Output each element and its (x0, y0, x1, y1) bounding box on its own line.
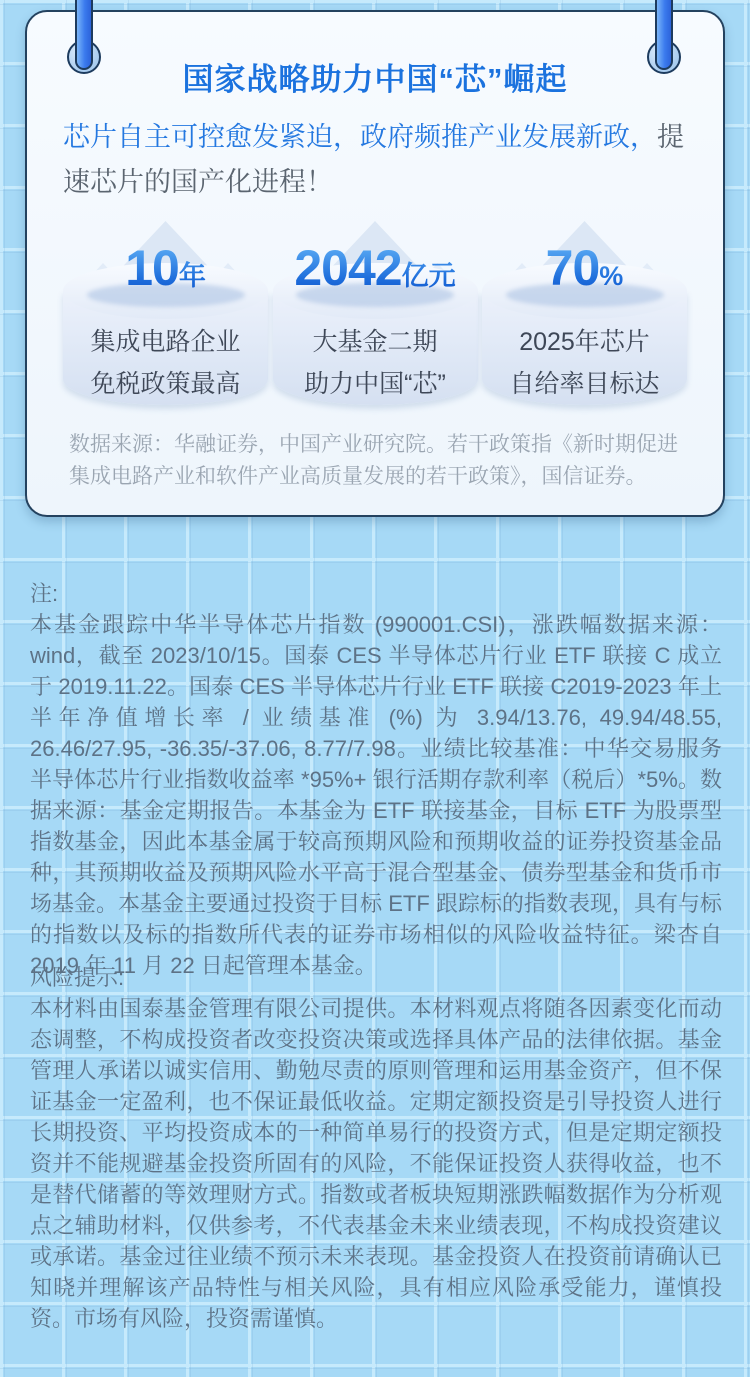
risk-label: 风险提示: (30, 962, 722, 993)
notes-section: 注: 本基金跟踪中华半导体芯片指数 (990001.CSI)，涨跌幅数据来源：w… (30, 578, 722, 981)
notes-label: 注: (30, 578, 722, 609)
pin-bar (75, 0, 93, 70)
page-background: 国家战略助力中国“芯”崛起 芯片自主可控愈发紧迫，政府频推产业发展新政，提速芯片… (0, 0, 750, 1377)
stat-value: 70% (482, 243, 687, 293)
stat-unit: 亿元 (402, 261, 456, 291)
stat-desc-line: 助力中国“芯” (273, 363, 478, 405)
stat-desc: 集成电路企业 免税政策最高 (63, 321, 268, 405)
stat-desc-line: 免税政策最高 (63, 363, 268, 405)
stat-value: 2042亿元 (273, 243, 478, 293)
risk-section: 风险提示: 本材料由国泰基金管理有限公司提供。本材料观点将随各因素变化而动态调整… (30, 962, 722, 1334)
stat-item-tax-policy: 10年 集成电路企业 免税政策最高 (63, 221, 268, 413)
stat-desc-line: 自给率目标达 (482, 363, 687, 405)
stat-desc: 大基金二期 助力中国“芯” (273, 321, 478, 405)
stat-desc: 2025年芯片 自给率目标达 (482, 321, 687, 405)
hero-card: 国家战略助力中国“芯”崛起 芯片自主可控愈发紧迫，政府频推产业发展新政，提速芯片… (25, 10, 725, 517)
data-source-note: 数据来源：华融证券，中国产业研究院。若干政策指《新时期促进集成电路产业和软件产业… (69, 429, 683, 493)
card-title: 国家战略助力中国“芯”崛起 (27, 54, 723, 99)
stat-value: 10年 (63, 243, 268, 293)
stat-unit: 年 (179, 261, 206, 291)
notes-body: 本基金跟踪中华半导体芯片指数 (990001.CSI)，涨跌幅数据来源：wind… (30, 609, 722, 981)
stat-desc-line: 集成电路企业 (63, 321, 268, 363)
stats-row: 10年 集成电路企业 免税政策最高 2042亿元 大基金二期 助 (63, 221, 687, 413)
card-subtitle: 芯片自主可控愈发紧迫，政府频推产业发展新政，提速芯片的国产化进程！ (63, 115, 695, 205)
stat-unit: % (599, 261, 623, 291)
stat-item-self-sufficiency: 70% 2025年芯片 自给率目标达 (482, 221, 687, 413)
stat-desc-line: 2025年芯片 (482, 321, 687, 363)
push-pin-icon (642, 0, 686, 86)
risk-body: 本材料由国泰基金管理有限公司提供。本材料观点将随各因素变化而动态调整，不构成投资… (30, 993, 722, 1334)
stat-item-big-fund: 2042亿元 大基金二期 助力中国“芯” (273, 221, 478, 413)
subtitle-highlight: 芯片自主可控愈发紧迫，政府频推产业发展新政， (63, 122, 657, 152)
push-pin-icon (62, 0, 106, 86)
pin-bar (655, 0, 673, 70)
stat-desc-line: 大基金二期 (273, 321, 478, 363)
